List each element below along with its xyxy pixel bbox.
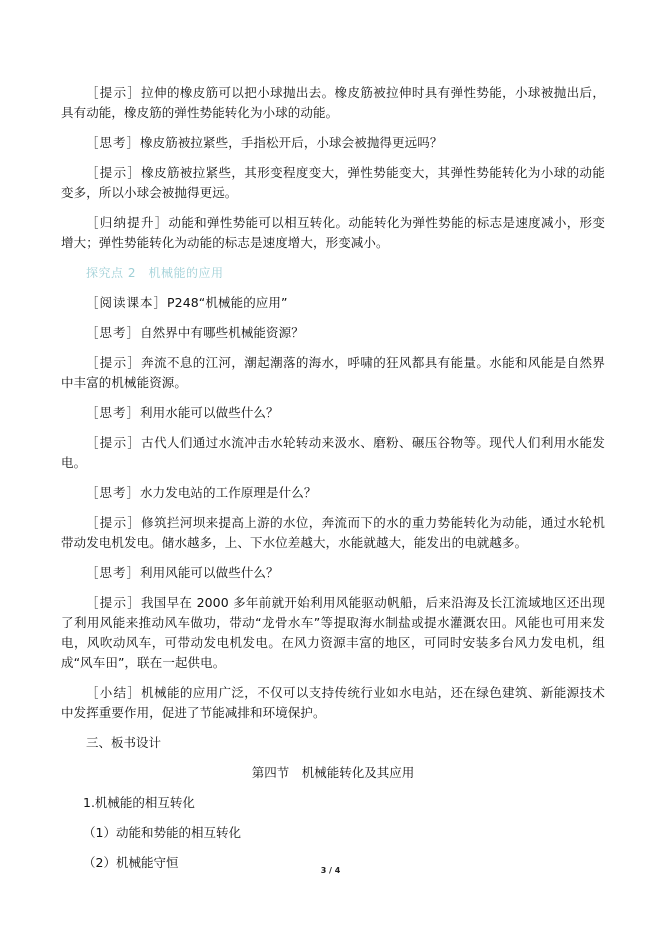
paragraph-tag: ［提示］ bbox=[86, 355, 141, 370]
paragraph-text: P248“机械能的应用” bbox=[167, 295, 288, 310]
paragraph-text: 利用风能可以做些什么？ bbox=[140, 565, 279, 580]
paragraph-text: 修筑拦河坝来提高上游的水位，奔流而下的水的重力势能转化为动能，通过水轮机带动发电… bbox=[61, 515, 605, 550]
paragraph-hint: ［提示］奔流不息的江河，潮起潮落的海水，呼啸的狂风都具有能量。水能和风能是自然界… bbox=[61, 353, 605, 393]
paragraph-tag: ［思考］ bbox=[86, 325, 140, 340]
paragraph-tag: ［归纳提升］ bbox=[86, 215, 168, 230]
paragraph-hint: ［提示］我国早在 2000 多年前就开始利用风能驱动帆船，后来沿海及长江流域地区… bbox=[61, 593, 605, 673]
board-title: 第四节 机械能转化及其应用 bbox=[61, 763, 605, 783]
paragraph-conclusion: ［小结］机械能的应用广泛，不仅可以支持传统行业如水电站，还在绿色建筑、新能源技术… bbox=[61, 683, 605, 723]
paragraph-text: 机械能的应用广泛，不仅可以支持传统行业如水电站，还在绿色建筑、新能源技术中发挥重… bbox=[61, 685, 605, 720]
paragraph-question: ［思考］水力发电站的工作原理是什么？ bbox=[61, 483, 605, 503]
paragraph-text: 橡皮筋被拉紧些，手指松开后，小球会被抛得更远吗？ bbox=[140, 135, 442, 150]
paragraph-hint: ［提示］拉伸的橡皮筋可以把小球抛出去。橡皮筋被拉伸时具有弹性势能，小球被抛出后，… bbox=[61, 83, 605, 123]
page-content: ［提示］拉伸的橡皮筋可以把小球抛出去。橡皮筋被拉伸时具有弹性势能，小球被抛出后，… bbox=[61, 83, 605, 883]
paragraph-summary: ［归纳提升］动能和弹性势能可以相互转化。动能转化为弹性势能的标志是速度减小，形变… bbox=[61, 213, 605, 253]
paragraph-tag: ［思考］ bbox=[86, 565, 140, 580]
document-page: ［提示］拉伸的橡皮筋可以把小球抛出去。橡皮筋被拉伸时具有弹性势能，小球被抛出后，… bbox=[0, 0, 661, 935]
paragraph-text: 水力发电站的工作原理是什么？ bbox=[140, 485, 316, 500]
paragraph-tag: ［小结］ bbox=[86, 685, 141, 700]
paragraph-text: 奔流不息的江河，潮起潮落的海水，呼啸的狂风都具有能量。水能和风能是自然界中丰富的… bbox=[61, 355, 605, 390]
paragraph-tag: ［思考］ bbox=[86, 485, 140, 500]
paragraph-text: 古代人们通过水流冲击水轮转动来汲水、磨粉、碾压谷物等。现代人们利用水能发电。 bbox=[61, 435, 605, 470]
outline-item: 1.机械能的相互转化 bbox=[61, 793, 605, 813]
paragraph-reading: ［阅读课本］P248“机械能的应用” bbox=[61, 293, 605, 313]
paragraph-text: 利用水能可以做些什么？ bbox=[140, 405, 279, 420]
paragraph-text: 我国早在 2000 多年前就开始利用风能驱动帆船，后来沿海及长江流域地区还出现了… bbox=[61, 595, 605, 670]
outline-subitem: （1）动能和势能的相互转化 bbox=[61, 823, 605, 843]
paragraph-hint: ［提示］古代人们通过水流冲击水轮转动来汲水、磨粉、碾压谷物等。现代人们利用水能发… bbox=[61, 433, 605, 473]
paragraph-tag: ［阅读课本］ bbox=[86, 295, 167, 310]
paragraph-tag: ［提示］ bbox=[86, 85, 141, 100]
paragraph-hint: ［提示］橡皮筋被拉紧些，其形变程度变大，弹性势能变大，其弹性势能转化为小球的动能… bbox=[61, 163, 605, 203]
section-heading: 探究点 2 机械能的应用 bbox=[61, 263, 605, 283]
paragraph-tag: ［提示］ bbox=[86, 515, 141, 530]
paragraph-question: ［思考］自然界中有哪些机械能资源？ bbox=[61, 323, 605, 343]
paragraph-tag: ［提示］ bbox=[86, 595, 141, 610]
paragraph-text: 拉伸的橡皮筋可以把小球抛出去。橡皮筋被拉伸时具有弹性势能，小球被抛出后，具有动能… bbox=[61, 85, 605, 120]
page-number: 3 / 4 bbox=[0, 866, 661, 875]
paragraph-tag: ［思考］ bbox=[86, 405, 140, 420]
paragraph-text: 自然界中有哪些机械能资源？ bbox=[140, 325, 304, 340]
paragraph-question: ［思考］利用风能可以做些什么？ bbox=[61, 563, 605, 583]
board-design-heading: 三、板书设计 bbox=[61, 733, 605, 753]
paragraph-question: ［思考］橡皮筋被拉紧些，手指松开后，小球会被抛得更远吗？ bbox=[61, 133, 605, 153]
paragraph-text: 橡皮筋被拉紧些，其形变程度变大，弹性势能变大，其弹性势能转化为小球的动能变多，所… bbox=[61, 165, 605, 200]
paragraph-question: ［思考］利用水能可以做些什么？ bbox=[61, 403, 605, 423]
paragraph-tag: ［思考］ bbox=[86, 135, 140, 150]
paragraph-tag: ［提示］ bbox=[86, 165, 141, 180]
paragraph-tag: ［提示］ bbox=[86, 435, 141, 450]
paragraph-hint: ［提示］修筑拦河坝来提高上游的水位，奔流而下的水的重力势能转化为动能，通过水轮机… bbox=[61, 513, 605, 553]
